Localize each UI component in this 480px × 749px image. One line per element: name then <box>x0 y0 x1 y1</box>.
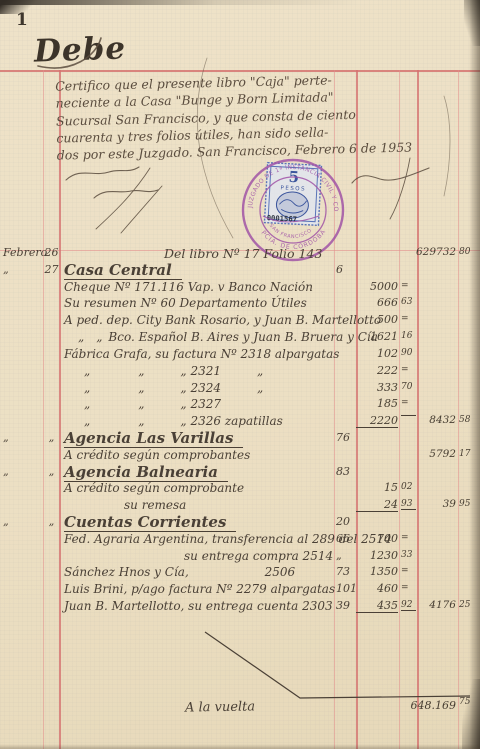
col-amount: 5000 <box>356 280 398 293</box>
col-amount-cents: 02 <box>401 482 416 492</box>
ledger-page: 1 Debe Certifico que el presente libro "… <box>0 0 480 749</box>
col-description: Fábrica Grafa, su factura Nº 2318 alparg… <box>64 347 334 361</box>
col-total: 629732 <box>416 246 456 258</box>
col-description: Juan B. Martellotto, su entrega cuenta 2… <box>64 599 334 613</box>
col-folio: 39 <box>336 599 356 612</box>
col-total: 8432 <box>416 414 456 426</box>
col-day: „ <box>44 515 59 528</box>
col-amount: 1350 <box>356 565 398 578</box>
col-total: 5792 <box>416 448 456 460</box>
col-description: Su resumen Nº 60 Departamento Útiles <box>64 296 334 310</box>
scan-corner-bottom-right <box>462 679 480 749</box>
col-amount-cents: 63 <box>401 297 416 307</box>
ledger-row: „ „ Cuentas Corrientes 20 <box>0 515 480 532</box>
col-amount: 1621 <box>356 330 398 343</box>
col-description: „ „ „ 2321 „ <box>64 364 354 378</box>
col-folio: 101 <box>336 582 356 595</box>
col-month: Febrero <box>3 246 43 259</box>
col-description: su remesa <box>64 498 394 512</box>
col-description: Del libro Nº 17 Folio 143 <box>64 246 434 261</box>
col-folio: „ <box>336 549 356 562</box>
col-amount: 666 <box>356 296 398 309</box>
col-total: 4176 <box>416 599 456 611</box>
col-amount-cents: = <box>401 583 416 593</box>
col-amount-cents: 16 <box>401 331 416 341</box>
scan-edge-bottom <box>0 744 480 749</box>
scan-corner-top-right <box>464 0 480 46</box>
col-description: „ „ „ 2327 <box>64 397 354 411</box>
col-amount: 24 <box>356 498 398 512</box>
col-amount: 15 <box>356 481 398 494</box>
ledger-row: „ 27 Casa Central 6 <box>0 263 480 280</box>
col-month: „ <box>3 263 43 276</box>
carry-forward-total: 648.169 <box>404 699 456 712</box>
col-amount-cents: = <box>401 281 416 291</box>
col-description: Cuentas Corrientes <box>64 513 236 532</box>
col-folio: 76 <box>336 431 356 444</box>
ledger-row: Fed. Agraria Argentina, transferencia al… <box>0 532 480 549</box>
col-day: „ <box>44 431 59 444</box>
ledger-row: Su resumen Nº 60 Departamento Útiles 666… <box>0 296 480 313</box>
col-amount-cents: = <box>401 365 416 375</box>
col-amount: 185 <box>356 397 398 410</box>
ledger-row: A crédito según comprobante 15 02 <box>0 481 480 498</box>
col-total: 39 <box>416 498 456 510</box>
ledger-row: su entrega compra 2514 „ 1230 33 <box>0 549 480 566</box>
col-amount-cents: 33 <box>401 550 416 560</box>
certificate: Certifico que el presente libro "Caja" p… <box>55 68 461 164</box>
ledger-row: „ „ Agencia Las Varillas 76 <box>0 431 480 448</box>
col-amount-cents <box>401 415 416 416</box>
col-month: „ <box>3 515 43 528</box>
ledger-row: „ „ Bco. Español B. Aires y Juan B. Brue… <box>0 330 480 347</box>
col-folio: 83 <box>336 465 356 478</box>
col-amount-cents: = <box>401 533 416 543</box>
col-folio: 6 <box>336 263 356 276</box>
col-description: A crédito según comprobante <box>64 481 334 495</box>
ledger-row: Luis Brini, p/ago factura Nº 2279 alparg… <box>0 582 480 599</box>
ledger-row: Fábrica Grafa, su factura Nº 2318 alparg… <box>0 347 480 364</box>
col-amount-cents: = <box>401 398 416 408</box>
col-description: Luis Brini, p/ago factura Nº 2279 alparg… <box>64 582 334 596</box>
col-amount-cents: 93 <box>401 499 416 510</box>
col-amount: 333 <box>356 381 398 394</box>
col-folio: 66 <box>336 532 356 545</box>
col-description: Sánchez Hnos y Cía, 2506 <box>64 565 334 579</box>
col-month: „ <box>3 431 43 444</box>
ledger-row: Cheque Nº 171.116 Vap. v Banco Nación 50… <box>0 280 480 297</box>
col-description: A ped. dep. City Bank Rosario, y Juan B.… <box>64 313 334 327</box>
col-month: „ <box>3 465 43 478</box>
col-amount: 102 <box>356 347 398 360</box>
ledger-table: Febrero 26 Del libro Nº 17 Folio 143 629… <box>0 246 480 616</box>
scan-edge-top <box>0 0 480 5</box>
col-description: „ „ „ 2326 zapatillas <box>64 414 354 428</box>
ledger-row: „ „ „ 2321 „ 222 = <box>0 364 480 381</box>
scan-corner-top-left <box>0 0 40 14</box>
closing-rule <box>205 632 470 698</box>
col-description: A crédito según comprobantes <box>64 448 334 462</box>
col-day: 27 <box>44 263 59 276</box>
col-description: „ „ Bco. Español B. Aires y Juan B. Brue… <box>64 330 348 344</box>
col-amount-cents: = <box>401 566 416 576</box>
ledger-row: Sánchez Hnos y Cía, 2506 73 1350 = <box>0 565 480 582</box>
col-folio: 73 <box>336 565 356 578</box>
col-description: Fed. Agraria Argentina, transferencia al… <box>64 532 334 546</box>
col-amount: 700 <box>356 532 398 545</box>
col-description: Agencia Las Varillas <box>64 429 243 448</box>
col-amount: 460 <box>356 582 398 595</box>
col-day: 26 <box>44 246 59 259</box>
col-description: Agencia Balnearia <box>64 463 228 482</box>
col-amount: 2220 <box>356 414 398 428</box>
ledger-row: A ped. dep. City Bank Rosario, y Juan B.… <box>0 313 480 330</box>
ledger-row: „ „ „ 2324 „ 333 70 <box>0 381 480 398</box>
col-description: „ „ „ 2324 „ <box>64 381 354 395</box>
ledger-row: Juan B. Martellotto, su entrega cuenta 2… <box>0 599 480 616</box>
col-amount: 500 <box>356 313 398 326</box>
col-amount: 435 <box>356 599 398 613</box>
col-amount-cents: = <box>401 314 416 324</box>
col-folio: 20 <box>336 515 356 528</box>
col-description: Casa Central <box>64 261 182 280</box>
scan-edge-right <box>469 0 480 749</box>
ledger-row: „ „ „ 2327 185 = <box>0 397 480 414</box>
page-side-label: Debe <box>33 30 126 69</box>
col-description: Cheque Nº 171.116 Vap. v Banco Nación <box>64 280 334 294</box>
col-amount-cents: 90 <box>401 348 416 358</box>
col-day: „ <box>44 465 59 478</box>
col-amount: 1230 <box>356 549 398 562</box>
col-amount-cents: 70 <box>401 382 416 392</box>
ledger-row: „ „ Agencia Balnearia 83 <box>0 465 480 482</box>
col-amount-cents: 92 <box>401 600 416 611</box>
carry-forward-label: A la vuelta <box>185 699 255 715</box>
col-amount: 222 <box>356 364 398 377</box>
